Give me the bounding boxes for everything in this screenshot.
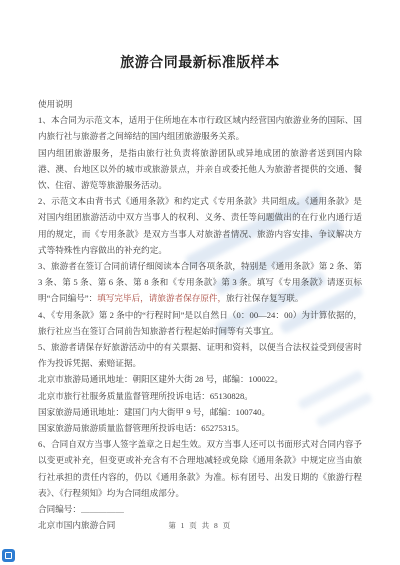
paragraph-clause-5: 5、旅游者请保存好旅游活动中的有关票据、证明和资料，以便当合法权益受到侵害时作为… bbox=[38, 339, 362, 371]
address-beijing-tourism-bureau: 北京市旅游局通讯地址：朝阳区建外大街 28 号，邮编：100022。 bbox=[38, 371, 362, 387]
document-page: 旅游合同最新标准版样本 使用说明 1、本合同为示范文本，适用于住所地在本市行政区… bbox=[0, 0, 400, 565]
paragraph-clause-3: 3、旅游者在签订合同前请仔细阅读本合同各项条款，特别是《通用条款》第 2 条、第… bbox=[38, 258, 362, 307]
floating-widget-icon[interactable] bbox=[2, 549, 15, 562]
paragraph-definition: 国内组团旅游服务，是指由旅行社负责将旅游团队或异地成团的旅游者送到国内除港、澳、… bbox=[38, 145, 362, 194]
page-number-indicator: 第 1 页 共 8 页 bbox=[0, 520, 400, 531]
address-national-tourism-bureau: 国家旅游局通讯地址：建国门内大街甲 9 号，邮编：100740。 bbox=[38, 404, 362, 420]
document-body: 使用说明 1、本合同为示范文本，适用于住所地在本市行政区域内经营国内旅游业务的国… bbox=[38, 96, 362, 533]
clause-3-red-emphasis: 填写完毕后，请旅游者保存原件， bbox=[97, 293, 226, 303]
page-title: 旅游合同最新标准版样本 bbox=[0, 0, 400, 72]
contract-number-blank: 合同编号：＿＿＿＿＿ bbox=[38, 501, 362, 517]
clause-3-text-end: 旅行社保存复写联。 bbox=[226, 293, 303, 303]
paragraph-clause-6: 6、合同自双方当事人签字盖章之日起生效。双方当事人还可以书面形式对合同内容予以变… bbox=[38, 436, 362, 501]
phone-national-complaint: 国家旅游局旅游质量监督管理所投诉电话：65275315。 bbox=[38, 420, 362, 436]
usage-notes-heading: 使用说明 bbox=[38, 96, 362, 112]
phone-beijing-complaint: 北京市旅行社服务质量监督管理所投诉电话：65130828。 bbox=[38, 388, 362, 404]
paragraph-clause-4: 4、《专用条款》第 2 条中的“行程时间”是以自然日（0：00—24：00）为计… bbox=[38, 307, 362, 339]
paragraph-clause-1: 1、本合同为示范文本，适用于住所地在本市行政区域内经营国内旅游业务的国际、国内旅… bbox=[38, 112, 362, 144]
paragraph-clause-2: 2、示范文本由背书式《通用条款》和约定式《专用条款》共同组成。《通用条款》是对国… bbox=[38, 193, 362, 258]
badge-glyph bbox=[5, 552, 12, 559]
